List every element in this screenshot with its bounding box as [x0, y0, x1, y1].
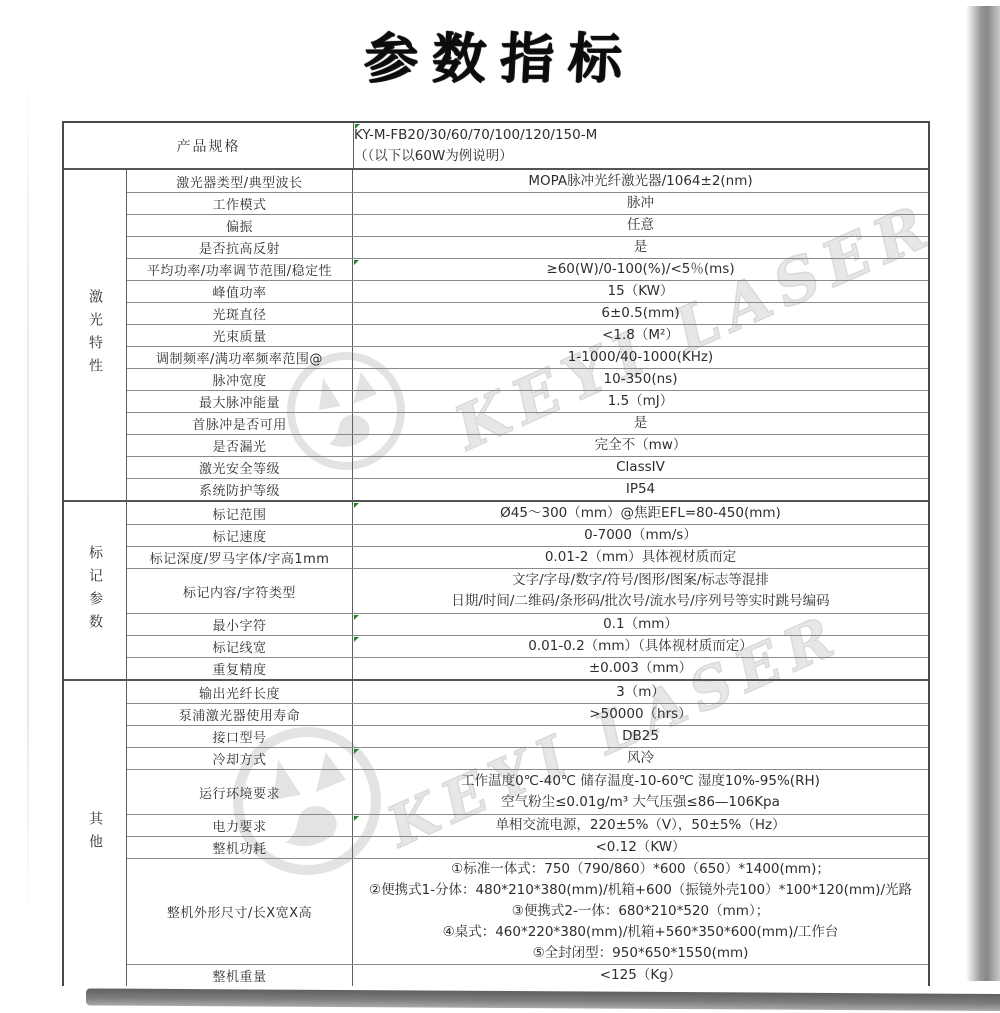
value-line: ClassIV	[357, 457, 924, 478]
value-line: <125（Kg）	[357, 965, 924, 986]
section-rows: 标记范围Ø45～300（mm）@焦距EFL=80-450(mm)标记速度0-70…	[127, 502, 928, 679]
value-line: 是	[357, 237, 924, 258]
row-label: 重复精度	[127, 658, 353, 679]
table-row: 平均功率/功率调节范围/稳定性≥60(W)/0-100(%)/<5％(ms)	[127, 258, 928, 280]
row-label: 激光安全等级	[127, 457, 353, 478]
product-note: （（以下以60W为例说明）	[354, 146, 928, 167]
row-value: 是	[353, 237, 928, 258]
table-row: 脉冲宽度10-350(ns)	[127, 368, 928, 390]
value-line: 1.5（mJ）	[357, 391, 924, 412]
value-line: 0.1（mm）	[357, 614, 924, 635]
row-value: ≥60(W)/0-100(%)/<5％(ms)	[353, 259, 928, 280]
row-label: 偏振	[127, 215, 353, 236]
value-line: 脉冲	[357, 193, 924, 214]
product-model: KY-M-FB20/30/60/70/100/120/150-M	[354, 125, 928, 146]
value-line: 工作温度0℃-40℃ 储存温度-10-60℃ 湿度10%-95%(RH)	[357, 771, 924, 792]
value-line: 1-1000/40-1000(KHz)	[357, 347, 924, 368]
value-line: 3（m）	[357, 682, 924, 703]
row-value: 脉冲	[353, 193, 928, 214]
row-label: 接口型号	[127, 726, 353, 747]
value-line: 单相交流电源，220±5%（V），50±5%（Hz）	[357, 815, 924, 836]
row-label: 整机外形尺寸/长X宽X高	[127, 859, 353, 964]
table-section: 标记参数标记范围Ø45～300（mm）@焦距EFL=80-450(mm)标记速度…	[64, 500, 928, 679]
value-line: ③便携式2-一体：680*210*520（mm）；	[357, 901, 924, 922]
section-rows: 激光器类型/典型波长MOPA脉冲光纤激光器/1064±2(nm)工作模式脉冲偏振…	[127, 170, 928, 500]
row-label: 首脉冲是否可用	[127, 413, 353, 434]
page-left-edge	[27, 70, 29, 920]
row-value: 0.01-2（mm）具体视材质而定	[353, 547, 928, 568]
row-label: 是否抗高反射	[127, 237, 353, 258]
row-label: 激光器类型/典型波长	[127, 170, 353, 192]
table-row: 标记内容/字符类型文字/字母/数字/符号/图形/图案/标志等混排日期/时间/二维…	[127, 568, 928, 613]
row-value: 15（KW）	[353, 281, 928, 302]
row-value: <125（Kg）	[353, 965, 928, 986]
row-label: 整机重量	[127, 965, 353, 986]
row-label: 脉冲宽度	[127, 369, 353, 390]
table-row: 调制频率/满功率频率范围@1-1000/40-1000(KHz)	[127, 346, 928, 368]
value-line: 6±0.5(mm)	[357, 303, 924, 324]
row-label: 产品规格	[64, 123, 354, 168]
row-label: 光斑直径	[127, 303, 353, 324]
row-label: 标记范围	[127, 502, 353, 524]
value-line: 0-7000（mm/s）	[357, 525, 924, 546]
table-row: 泵浦激光器使用寿命>50000（hrs）	[127, 703, 928, 725]
row-label: 泵浦激光器使用寿命	[127, 704, 353, 725]
value-line: 文字/字母/数字/符号/图形/图案/标志等混排	[357, 570, 924, 591]
value-line: 空气粉尘≤0.01g/m³ 大气压强≤86—106Kpa	[357, 792, 924, 813]
value-line: MOPA脉冲光纤激光器/1064±2(nm)	[357, 171, 924, 192]
row-value: 是	[353, 413, 928, 434]
row-label: 标记深度/罗马字体/字高1mm	[127, 547, 353, 568]
row-value: 3（m）	[353, 681, 928, 703]
row-label: 标记线宽	[127, 636, 353, 657]
value-line: 完全不（mw）	[357, 435, 924, 456]
row-value: Ø45～300（mm）@焦距EFL=80-450(mm)	[353, 502, 928, 524]
row-value: 0.1（mm）	[353, 614, 928, 635]
row-value: 0.01-0.2（mm）（具体视材质而定）	[353, 636, 928, 657]
row-value: DB25	[353, 726, 928, 747]
group-label: 激光特性	[85, 289, 105, 381]
value-line: ②便携式1-分体：480*210*380(mm)/机箱+600（振镜外壳100）…	[357, 880, 924, 901]
row-label: 调制频率/满功率频率范围@	[127, 347, 353, 368]
table-row: 运行环境要求工作温度0℃-40℃ 储存温度-10-60℃ 湿度10%-95%(R…	[127, 769, 928, 814]
table-row: 光束质量<1.8（M²）	[127, 324, 928, 346]
value-line: DB25	[357, 726, 924, 747]
page-right-shadow	[966, 6, 1000, 981]
group-cell: 其他	[64, 681, 127, 986]
row-value: 单相交流电源，220±5%（V），50±5%（Hz）	[353, 815, 928, 836]
table-row: 整机重量<125（Kg）	[127, 964, 928, 986]
value-line: Ø45～300（mm）@焦距EFL=80-450(mm)	[357, 503, 924, 524]
value-line: 任意	[357, 215, 924, 236]
value-line: IP54	[357, 479, 924, 500]
table-row: 重复精度±0.003（mm）	[127, 657, 928, 679]
row-label: 标记速度	[127, 525, 353, 546]
row-value: 10-350(ns)	[353, 369, 928, 390]
page-title: 参数指标	[0, 16, 1000, 93]
table-row: 标记速度0-7000（mm/s）	[127, 524, 928, 546]
row-label: 系统防护等级	[127, 479, 353, 500]
row-value: IP54	[353, 479, 928, 500]
table-row: 标记范围Ø45～300（mm）@焦距EFL=80-450(mm)	[127, 502, 928, 524]
group-label: 其他	[85, 811, 105, 857]
row-value: KY-M-FB20/30/60/70/100/120/150-M （（以下以60…	[354, 123, 928, 168]
value-line: <0.12（KW）	[357, 837, 924, 858]
table-section: 其他输出光纤长度3（m）泵浦激光器使用寿命>50000（hrs）接口型号DB25…	[64, 679, 928, 986]
table-row: 峰值功率15（KW）	[127, 280, 928, 302]
row-label: 最小字符	[127, 614, 353, 635]
row-value: MOPA脉冲光纤激光器/1064±2(nm)	[353, 170, 928, 192]
table-row: 最小字符0.1（mm）	[127, 613, 928, 635]
row-label: 运行环境要求	[127, 770, 353, 814]
row-value: 1-1000/40-1000(KHz)	[353, 347, 928, 368]
section-rows: 输出光纤长度3（m）泵浦激光器使用寿命>50000（hrs）接口型号DB25冷却…	[127, 681, 928, 986]
table-row: 光斑直径6±0.5(mm)	[127, 302, 928, 324]
table-row: 首脉冲是否可用是	[127, 412, 928, 434]
row-value: 工作温度0℃-40℃ 储存温度-10-60℃ 湿度10%-95%(RH)空气粉尘…	[353, 770, 928, 814]
row-value: >50000（hrs）	[353, 704, 928, 725]
value-line: ④桌式：460*220*380(mm)/机箱+560*350*600(mm)/工…	[357, 922, 924, 943]
row-label: 是否漏光	[127, 435, 353, 456]
row-value: ±0.003（mm）	[353, 658, 928, 679]
table-row: 整机功耗<0.12（KW）	[127, 836, 928, 858]
row-value: 文字/字母/数字/符号/图形/图案/标志等混排日期/时间/二维码/条形码/批次号…	[353, 569, 928, 613]
row-value: ClassIV	[353, 457, 928, 478]
table-row-product: 产品规格 KY-M-FB20/30/60/70/100/120/150-M （（…	[64, 123, 928, 170]
row-label: 电力要求	[127, 815, 353, 836]
table-row: 激光安全等级ClassIV	[127, 456, 928, 478]
row-label: 光束质量	[127, 325, 353, 346]
group-cell: 激光特性	[64, 170, 127, 500]
value-line: 风冷	[357, 748, 924, 769]
row-value: <0.12（KW）	[353, 837, 928, 858]
row-label: 工作模式	[127, 193, 353, 214]
table-row: 输出光纤长度3（m）	[127, 681, 928, 703]
table-row: 系统防护等级IP54	[127, 478, 928, 500]
row-value: ①标准一体式：750（790/860）*600（650）*1400(mm)；②便…	[353, 859, 928, 964]
row-label: 平均功率/功率调节范围/稳定性	[127, 259, 353, 280]
row-label: 输出光纤长度	[127, 681, 353, 703]
table-row: 激光器类型/典型波长MOPA脉冲光纤激光器/1064±2(nm)	[127, 170, 928, 192]
row-label: 标记内容/字符类型	[127, 569, 353, 613]
table-row: 标记深度/罗马字体/字高1mm0.01-2（mm）具体视材质而定	[127, 546, 928, 568]
row-label: 峰值功率	[127, 281, 353, 302]
table-row: 工作模式脉冲	[127, 192, 928, 214]
table-row: 接口型号DB25	[127, 725, 928, 747]
table-row: 是否抗高反射是	[127, 236, 928, 258]
row-value: 任意	[353, 215, 928, 236]
table-row: 电力要求单相交流电源，220±5%（V），50±5%（Hz）	[127, 814, 928, 836]
page-bottom-shadow	[86, 988, 1000, 1011]
row-value: 6±0.5(mm)	[353, 303, 928, 324]
table-row: 整机外形尺寸/长X宽X高①标准一体式：750（790/860）*600（650）…	[127, 858, 928, 964]
table-row: 标记线宽0.01-0.2（mm）（具体视材质而定）	[127, 635, 928, 657]
table-row: 最大脉冲能量1.5（mJ）	[127, 390, 928, 412]
table-row: 偏振任意	[127, 214, 928, 236]
row-value: <1.8（M²）	[353, 325, 928, 346]
group-label: 标记参数	[85, 545, 105, 637]
value-line: ⑤全封闭型：950*650*1550(mm)	[357, 943, 924, 964]
value-line: >50000（hrs）	[357, 704, 924, 725]
group-cell: 标记参数	[64, 502, 127, 679]
row-value: 风冷	[353, 748, 928, 769]
row-label: 最大脉冲能量	[127, 391, 353, 412]
row-value: 完全不（mw）	[353, 435, 928, 456]
value-line: 15（KW）	[357, 281, 924, 302]
row-value: 0-7000（mm/s）	[353, 525, 928, 546]
table-sections: 激光特性激光器类型/典型波长MOPA脉冲光纤激光器/1064±2(nm)工作模式…	[64, 170, 928, 986]
row-value: 1.5（mJ）	[353, 391, 928, 412]
table-section: 激光特性激光器类型/典型波长MOPA脉冲光纤激光器/1064±2(nm)工作模式…	[64, 170, 928, 500]
value-line: 是	[357, 413, 924, 434]
value-line: 0.01-2（mm）具体视材质而定	[357, 547, 924, 568]
value-line: ±0.003（mm）	[357, 658, 924, 679]
value-line: ①标准一体式：750（790/860）*600（650）*1400(mm)；	[357, 859, 924, 880]
value-line: ≥60(W)/0-100(%)/<5％(ms)	[357, 259, 924, 280]
value-line: <1.8（M²）	[357, 325, 924, 346]
row-label: 冷却方式	[127, 748, 353, 769]
table-row: 是否漏光完全不（mw）	[127, 434, 928, 456]
spec-table: 产品规格 KY-M-FB20/30/60/70/100/120/150-M （（…	[62, 121, 930, 986]
value-line: 0.01-0.2（mm）（具体视材质而定）	[357, 636, 924, 657]
row-label: 整机功耗	[127, 837, 353, 858]
value-line: 日期/时间/二维码/条形码/批次号/流水号/序列号等实时跳号编码	[357, 591, 924, 612]
table-row: 冷却方式风冷	[127, 747, 928, 769]
value-line: 10-350(ns)	[357, 369, 924, 390]
